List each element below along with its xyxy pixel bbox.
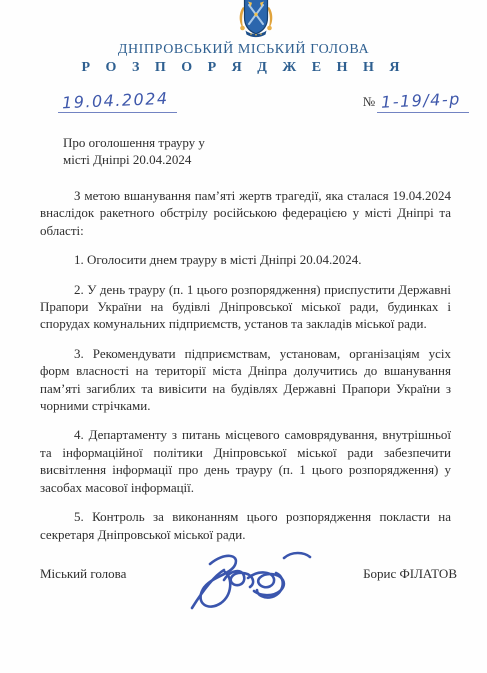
document-subject: Про оголошення трауру у місті Дніпрі 20.… <box>63 135 263 168</box>
handwritten-number: 1-19/4-р <box>381 89 462 111</box>
document-number-field: №1-19/4-р <box>363 91 469 113</box>
order-item-2: 2. У день трауру (п. 1 цього розпоряджен… <box>40 281 451 333</box>
document-body: З метою вшанування пам’яті жертв трагеді… <box>0 168 487 543</box>
document-date-field: 19.04.2024 <box>58 91 177 113</box>
city-coat-of-arms-icon <box>238 0 274 36</box>
signer-name: Борис ФІЛАТОВ <box>363 566 457 582</box>
subject-line-1: Про оголошення трауру у <box>63 135 263 152</box>
issuing-authority-title: ДНІПРОВСЬКИЙ МІСЬКИЙ ГОЛОВА <box>0 42 487 58</box>
handwritten-date: 19.04.2024 <box>62 89 169 113</box>
signer-position-title: Міський голова <box>40 566 126 582</box>
number-sign-label: № <box>363 94 375 109</box>
document-header: ДНІПРОВСЬКИЙ МІСЬКИЙ ГОЛОВА Р О З П О Р … <box>0 0 487 77</box>
signature-block: Міський голова Борис ФІЛАТОВ <box>0 566 487 582</box>
handwritten-signature-icon <box>180 542 330 622</box>
document-type-title: Р О З П О Р Я Д Ж Е Н Н Я <box>0 59 487 77</box>
order-item-4: 4. Департаменту з питань місцевого самов… <box>40 426 451 496</box>
order-item-1: 1. Оголосити днем трауру в місті Дніпрі … <box>40 251 451 268</box>
official-document-page: ДНІПРОВСЬКИЙ МІСЬКИЙ ГОЛОВА Р О З П О Р … <box>0 0 487 673</box>
preamble-paragraph: З метою вшанування пам’яті жертв трагеді… <box>40 187 451 239</box>
order-item-3: 3. Рекомендувати підприємствам, установа… <box>40 345 451 415</box>
order-item-5: 5. Контроль за виконанням цього розпоряд… <box>40 508 451 543</box>
subject-line-2: місті Дніпрі 20.04.2024 <box>63 152 263 169</box>
date-number-row: 19.04.2024 №1-19/4-р <box>0 77 487 113</box>
